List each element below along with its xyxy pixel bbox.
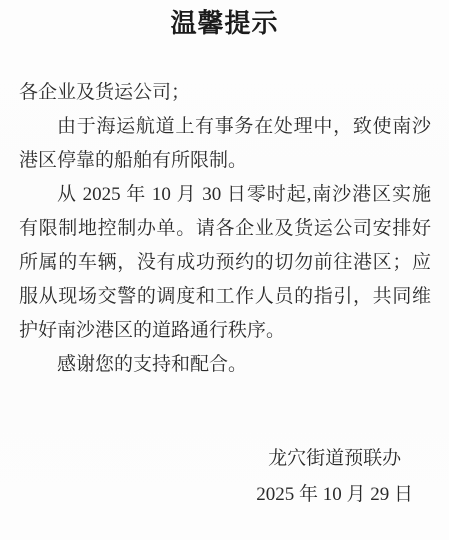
signature-office: 龙穴街道预联办 xyxy=(256,441,413,477)
notice-paragraph-1: 由于海运航道上有事务在处理中，致使南沙港区停靠的船舶有所限制。 xyxy=(19,110,431,178)
notice-paragraph-2: 从 2025 年 10 月 30 日零时起,南沙港区实施有限制地控制办单。请各企… xyxy=(19,178,431,348)
notice-document: 温馨提示 各企业及货运公司； 由于海运航道上有事务在处理中，致使南沙港区停靠的船… xyxy=(0,0,449,540)
notice-body: 各企业及货运公司； 由于海运航道上有事务在处理中，致使南沙港区停靠的船舶有所限制… xyxy=(19,76,431,382)
thanks-paragraph: 感谢您的支持和配合。 xyxy=(19,348,431,382)
signature-date: 2025 年 10 月 29 日 xyxy=(256,477,413,513)
page-title: 温馨提示 xyxy=(0,3,449,40)
signature-block: 龙穴街道预联办 2025 年 10 月 29 日 xyxy=(256,441,413,513)
addressee-line: 各企业及货运公司； xyxy=(19,76,431,110)
